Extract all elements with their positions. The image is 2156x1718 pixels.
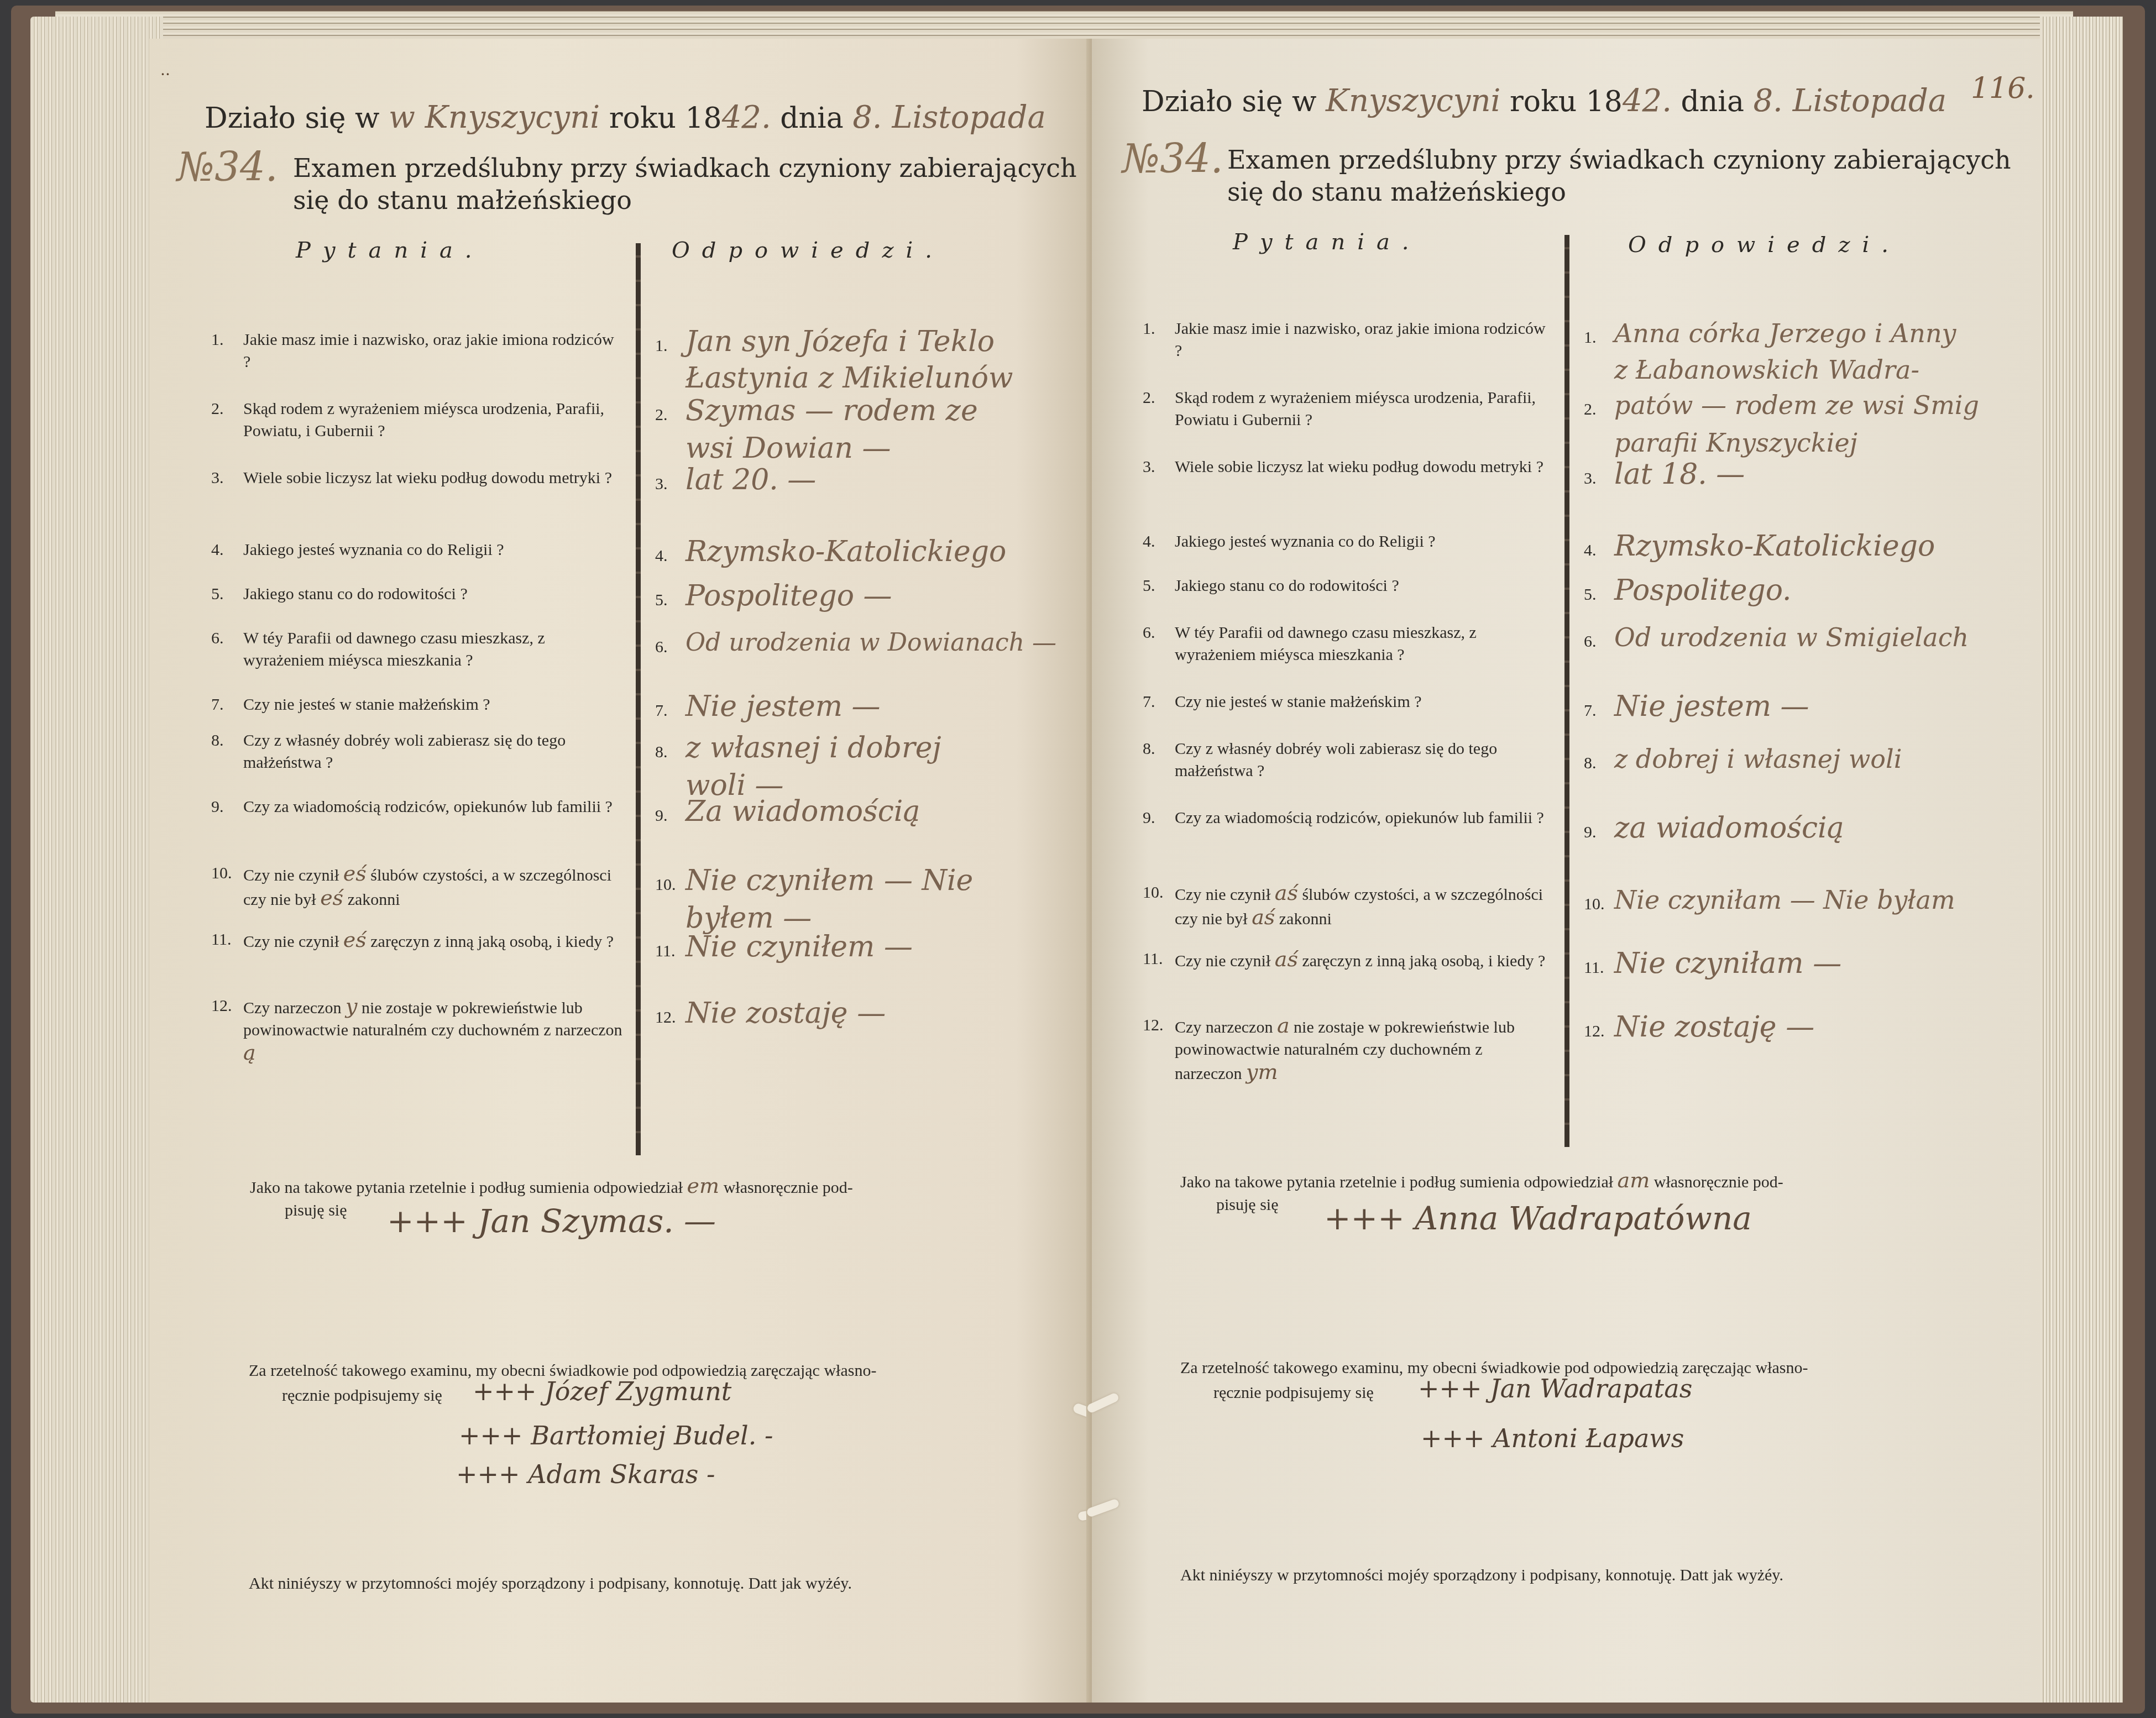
declarant-signature: +++ Anna Wadrapatówna xyxy=(1324,1200,1752,1237)
declaration-line2: pisuję się xyxy=(285,1200,347,1222)
column-divider xyxy=(636,243,641,1155)
left-page: .. Działo się w w Knyszycyni roku 1842. … xyxy=(149,39,1092,1703)
entry-number: №34. xyxy=(177,144,278,190)
page-number: 116. xyxy=(1971,72,2035,105)
year-handwritten: 42. xyxy=(722,99,771,135)
declaration-text: Jako na takowe pytania rzetelnie i podłu… xyxy=(1180,1169,1783,1193)
page-edges-left xyxy=(30,17,163,1703)
year-handwritten: 42. xyxy=(1623,83,1672,119)
place-handwritten: Knyszycyni xyxy=(1326,83,1500,119)
column-divider xyxy=(1564,235,1569,1147)
witness-statement-line2: ręcznie podpisujemy się xyxy=(282,1385,442,1407)
column-header-answers: Odpowiedzi. xyxy=(672,238,944,263)
witness-signature-1: +++ Józef Zygmunt xyxy=(473,1376,731,1406)
question-5: 5.Jakiego stanu co do rodowitości ? xyxy=(1175,575,1551,597)
question-8: 8.Czy z własnéy dobréy woli zabierasz si… xyxy=(1175,738,1551,782)
declarant-signature: +++ Jan Szymas. — xyxy=(387,1202,716,1240)
witness-signature-2: +++ Bartłomiej Budel. - xyxy=(459,1421,773,1450)
question-2: 2.Skąd rodem z wyrażeniem miéysca urodze… xyxy=(1175,387,1551,431)
column-header-questions: Pytania. xyxy=(296,238,484,263)
question-5: 5.Jakiego stanu co do rodowitości ? xyxy=(243,583,625,605)
declaration-text: Jako na takowe pytania rzetelnie i podłu… xyxy=(250,1175,853,1199)
closing-statement: Akt niniéyszy w przytomności mojéy sporz… xyxy=(249,1573,852,1595)
question-10: 10.Czy nie czynił aś ślubów czystości, a… xyxy=(1175,882,1551,930)
closing-statement: Akt niniéyszy w przytomności mojéy sporz… xyxy=(1180,1564,1783,1586)
question-8: 8.Czy z własnéy dobréy woli zabierasz si… xyxy=(243,730,625,774)
question-12: 12.Czy narzeczon a nie zostaje w pokrewi… xyxy=(1175,1014,1551,1085)
question-11: 11.Czy nie czynił aś zaręczyn z inną jak… xyxy=(1175,948,1551,972)
question-4: 4.Jakiego jesteś wyznania co do Religii … xyxy=(1175,531,1551,553)
document-title: Examen przedślubny przy świadkach czynio… xyxy=(1227,144,2011,208)
witness-signature-1: +++ Jan Wadrapatas xyxy=(1418,1374,1692,1403)
question-3: 3.Wiele sobie liczysz lat wieku podług d… xyxy=(1175,456,1551,478)
question-10: 10.Czy nie czynił eś ślubów czystości, a… xyxy=(243,862,625,911)
page-edges-top xyxy=(55,11,2073,39)
question-7: 7.Czy nie jesteś w stanie małżeńskim ? xyxy=(243,694,625,716)
question-6: 6.W téy Parafii od dawnego czasu mieszka… xyxy=(1175,622,1551,666)
page-edges-right xyxy=(2040,17,2123,1703)
date-handwritten: 8. Listopada xyxy=(852,99,1046,135)
date-handwritten: 8. Listopada xyxy=(1753,83,1946,119)
declaration-line2: pisuję się xyxy=(1216,1194,1279,1216)
question-6: 6.W téy Parafii od dawnego czasu mieszka… xyxy=(243,627,625,672)
question-9: 9.Czy za wiadomością rodziców, opiekunów… xyxy=(1175,807,1551,829)
question-12: 12.Czy narzeczon y nie zostaje w pokrewi… xyxy=(243,995,625,1066)
question-2: 2.Skąd rodem z wyrażeniem miéysca urodze… xyxy=(243,398,625,442)
question-11: 11.Czy nie czynił eś zaręczyn z inną jak… xyxy=(243,929,625,953)
column-header-questions: Pytania. xyxy=(1233,229,1421,255)
witness-signature-3: +++ Adam Skaras - xyxy=(456,1459,715,1489)
column-header-answers: Odpowiedzi. xyxy=(1628,232,1901,258)
question-4: 4.Jakiego jesteś wyznania co do Religii … xyxy=(243,539,625,561)
record-header: Działo się w w Knyszycyni roku 1842. dni… xyxy=(205,99,1046,135)
question-1: 1.Jakie masz imie i nazwisko, oraz jakie… xyxy=(1175,318,1551,362)
document-title: Examen przedślubny przy świadkach czynio… xyxy=(293,152,1077,216)
corner-mark: .. xyxy=(160,61,170,79)
question-3: 3.Wiele sobie liczysz lat wieku podług d… xyxy=(243,467,625,489)
right-page: 116. Działo się w Knyszycyni roku 1842. … xyxy=(1092,39,2040,1703)
place-handwritten: w Knyszycyni xyxy=(389,99,600,135)
witness-statement-line2: ręcznie podpisujemy się xyxy=(1213,1382,1374,1404)
record-header: Działo się w Knyszycyni roku 1842. dnia … xyxy=(1142,83,1946,119)
entry-number: №34. xyxy=(1122,135,1223,182)
question-7: 7.Czy nie jesteś w stanie małżeńskim ? xyxy=(1175,691,1551,713)
witness-signature-2: +++ Antoni Łapaws xyxy=(1421,1423,1684,1453)
question-9: 9.Czy za wiadomością rodziców, opiekunów… xyxy=(243,796,625,818)
question-1: 1.Jakie masz imie i nazwisko, oraz jakie… xyxy=(243,329,625,373)
